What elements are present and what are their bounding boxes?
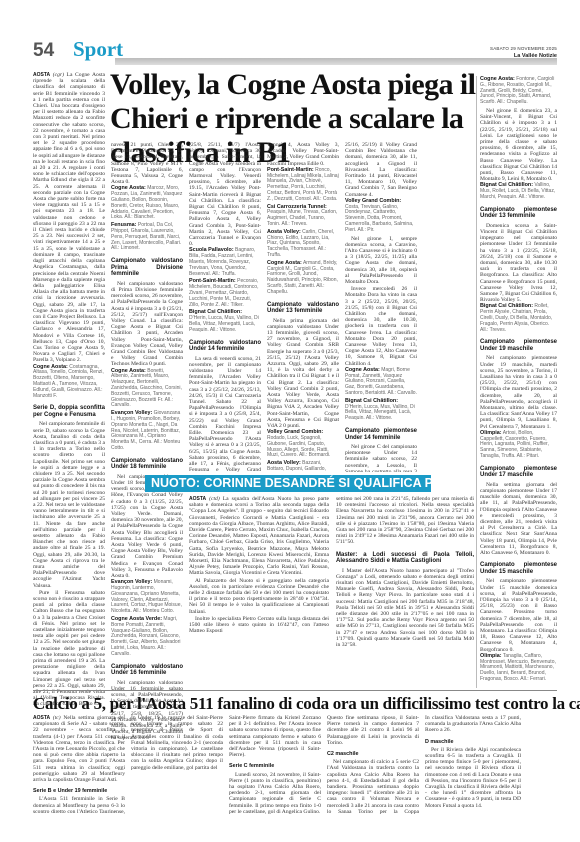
article-body: Nel campionato femminile di serie D, sab… [33,421,105,588]
team-roster: Volley Grand Combin: Costa, Trevisan, Ga… [345,199,417,234]
subheading: Campionato piemontese Under 19 maschile [480,339,557,352]
section-divider [33,690,557,691]
article-body: Questo fine settimana riposo, il Saint-P… [327,715,419,746]
page-header: 54 Sport SABATO 29 NOVEMBRE 2025 La Vall… [33,36,557,62]
dateline: AOSTA [189,496,206,502]
team-roster: Cogne Aosta: Magri, Borne Pomat, Zannett… [345,368,417,397]
team-roster: Bignat Csi Châtillon: Vallino, Mus, Roll… [480,183,557,200]
article-body: Nella settima giornata del campionato pi… [480,482,557,556]
article-body: Tunnel 4, Aosta Volley 3, Arcaden Volley… [267,142,339,167]
article-body: Inoltre lo specialista Pietro Cerrato su… [189,616,329,635]
article-body: Nel girone I, sempre domenica scorsa, a … [345,236,417,286]
subheading: Campionato valdostano Under 14 femminile [189,340,261,353]
article-body: Lunedì scorso, 24 novembre, il Saint-Pie… [229,772,321,815]
team-roster: Olimpia: Artosi, Bollon, Cappellett, Cas… [480,431,557,460]
team-roster: Csi Carrozzeria Tunnel: Peaquin, Mune, T… [267,205,339,228]
article-body: La sera di venerdì scorso, 21 novembre, … [189,356,261,472]
article-body: Domenica scorsa a Saint-Vincent il Bigna… [480,223,557,304]
team-roster: Bignat Csi Châtillon: D'Herin, Lucca, Mu… [345,399,417,422]
subheading: Campionato piemontese Under 17 maschile [480,466,557,479]
article-body: Nel campionato di calcio a 5 serie C2 l'… [327,759,419,815]
subheading: Campionato valdostano Under 13 femminile [267,302,339,315]
header-rule [115,58,557,65]
article-body: Nella prima giornata del campionato vald… [267,318,339,430]
article-body: settimo nei 200 rana in 2'21"45, fallend… [336,496,474,546]
article-body: navese 21 punti, Chieri 20, Balamunt e P… [111,142,183,185]
article-body: In Under 19 le ragazze del Saint-Pierre … [131,715,223,771]
team-roster: Aosta Volley: Carlin, Cherel, Chiono, Ed… [267,230,339,259]
team-roster: Bignat Csi Châtillon: Rollet, Perrin Aly… [480,304,557,333]
article-body: Nel girone C del campionato piemontese U… [345,444,417,472]
subheading: Serie B e Under 19 femminile [33,788,125,794]
calcio-column-2: In Under 19 le ragazze del Saint-Pierre … [131,715,223,815]
subheading: Campionato valdostano Prima Divisione fe… [111,258,183,278]
team-roster: Scuola Pallavolo: Bagnaro, Bilia, Fadda,… [189,248,261,277]
article-body: Nel girone E domenica 23, a Saint-Vincen… [480,108,557,182]
byline: (ctd) [209,496,220,502]
subheading: Campionato piemontese Under 15 maschile [480,562,557,575]
subheading: Master: a Lodi successi di Paola Telloli… [336,552,474,565]
article-body: (25/8, 25/11, 25/7) l'Aosta Volley. Doma… [189,142,261,247]
article-body: Al Palazzetto del Nuoto si è gareggiato … [189,578,329,615]
article-body: I Master dell'Aosta Nuoto hanno partecip… [336,568,474,649]
team-roster: Fenusma: Portoal, Da Col, Phippot, Gharo… [111,223,183,252]
nuoto-banner: NUOTO: CORINNE DESANDRÉ SI QUALIFICA PER… [145,475,431,492]
dateline: AOSTA [33,715,50,721]
article-column-3: (25/8, 25/11, 25/7) l'Aosta Volley. Doma… [189,142,261,472]
article-body: Nel campionato piemontese Under 15 masch… [480,578,557,652]
team-roster: Aosta Volley: Bazzani, Bottaro, Duponi, … [267,461,339,472]
calcio-column-3: Saint-Pierre firmato da Kristel Zorzano … [229,715,321,815]
team-roster: Olimpia: Tanaglia, Caffaro, Montrosset, … [480,654,557,683]
nuoto-column-2: settimo nei 200 rana in 2'21"45, fallend… [336,496,474,686]
subheading: Campionato piemontese Under 14 femminile [345,428,417,441]
page-number: 54 [33,40,54,62]
article-body: La squadra dell'Aosta Nuoto ha preso par… [189,496,329,576]
article-column-4: Tunnel 4, Aosta Volley 3, Arcaden Volley… [267,142,339,472]
calcio-column-5: In classifica Valdostana sesta a 17 punt… [425,715,521,815]
article-body: 25/16, 25/19) il Volley Grand Combin Bec… [345,142,417,198]
article-body: In classifica Valdostana sesta a 17 punt… [425,715,521,734]
article-column-1: AOSTA (cgr) La Cogne Aosta riprende la s… [33,72,105,709]
team-roster: Volley Grand Combin: Rodado, Luck, Spagn… [267,430,339,459]
subheading: Campionato valdostano Under 16 femminile [111,664,183,677]
calcio-column-4: Questo fine settimana riposo, il Saint-P… [327,715,419,815]
team-roster: Cogne Aosta: Bonetti, Albenio, Zanimetti… [111,369,183,410]
article-body: Nella settima giornata del campionato di… [33,715,125,783]
article-body: Per il Riviera delle Alpi rocambolesca s… [425,747,521,809]
byline: (tc) [53,715,61,721]
column-divider [476,76,477,688]
article-body: L'Aosta 511 femminile in Serie B domenic… [33,796,125,815]
subheading: Serie D, doppia sconfitta per Cogne e Fe… [33,405,105,418]
team-roster: Cogne Aosta: Costamagna, Altasa, Tonello… [33,365,105,400]
article-column-6: Cogne Aosta: Fontone, Cargioli G., Ribon… [480,76,557,688]
byline: (cgr) [53,72,64,78]
subheading: D maschile [425,739,521,745]
article-column-5: 25/16, 25/19) il Volley Grand Combin Bec… [345,142,417,472]
team-roster: Evançon Volley: Giovanzana I., Hugonin, … [111,411,183,452]
article-body: Nel campionato piemontese Under 19 masch… [480,355,557,429]
dateline: AOSTA [33,72,50,78]
subheading: C2 maschile [327,751,419,757]
team-roster: Cogne Aosta: Armand, Brédy, Cargioli M.,… [267,261,339,296]
issue-date: SABATO 29 NOVEMBRE 2025 [490,46,557,51]
calcio-column-1: AOSTA (tc) Nella settima giornata del ca… [33,715,125,815]
article-body: Invece mercoledì 26 il Montalto Dora ha … [345,286,417,367]
subheading: Campionato piemontese Under 13 femminile [480,207,557,220]
team-roster: Cogne Aosta: Fontone, Cargioli G., Ribon… [480,77,557,106]
team-roster: Bignat Csi Châtillon: D'Herin, Lucca, Mu… [189,310,261,333]
team-roster: Cogne Aosta Verde: Magri, Borne Pomatti,… [111,617,183,658]
nuoto-column-1: AOSTA (ctd) La squadra dell'Aosta Nuoto … [189,496,329,686]
calcio-headline: Calcio a 5, per l'Aosta 511 fanalino di … [33,694,557,714]
team-roster: Pont-Saint-Martin: Pecoraio, Michelem, B… [189,279,261,308]
team-roster: Pont-Saint-Martin: Ronco, Michelem, Lali… [267,168,339,203]
article-body: Nel campionato valdostano di Prima Divis… [111,281,183,368]
subheading: Campionato valdostano Under 18 femminile [111,458,183,471]
team-roster: Cogne Aosta: Marcoz, Moro, Pozzan, Lia, … [111,186,183,221]
article-body: La Cogne Aosta riprende la scalata della… [33,72,105,363]
article-body: Saint-Pierre firmato da Kristel Zorzano … [229,715,321,758]
newspaper-name: La Vallée Notizie [514,53,557,59]
subheading: Serie C femminile [229,763,321,769]
article-column-2: navese 21 punti, Chieri 20, Balamunt e P… [111,142,183,743]
team-roster: Evançon Volley: Monami, Hugonin, Lanterm… [111,580,183,615]
